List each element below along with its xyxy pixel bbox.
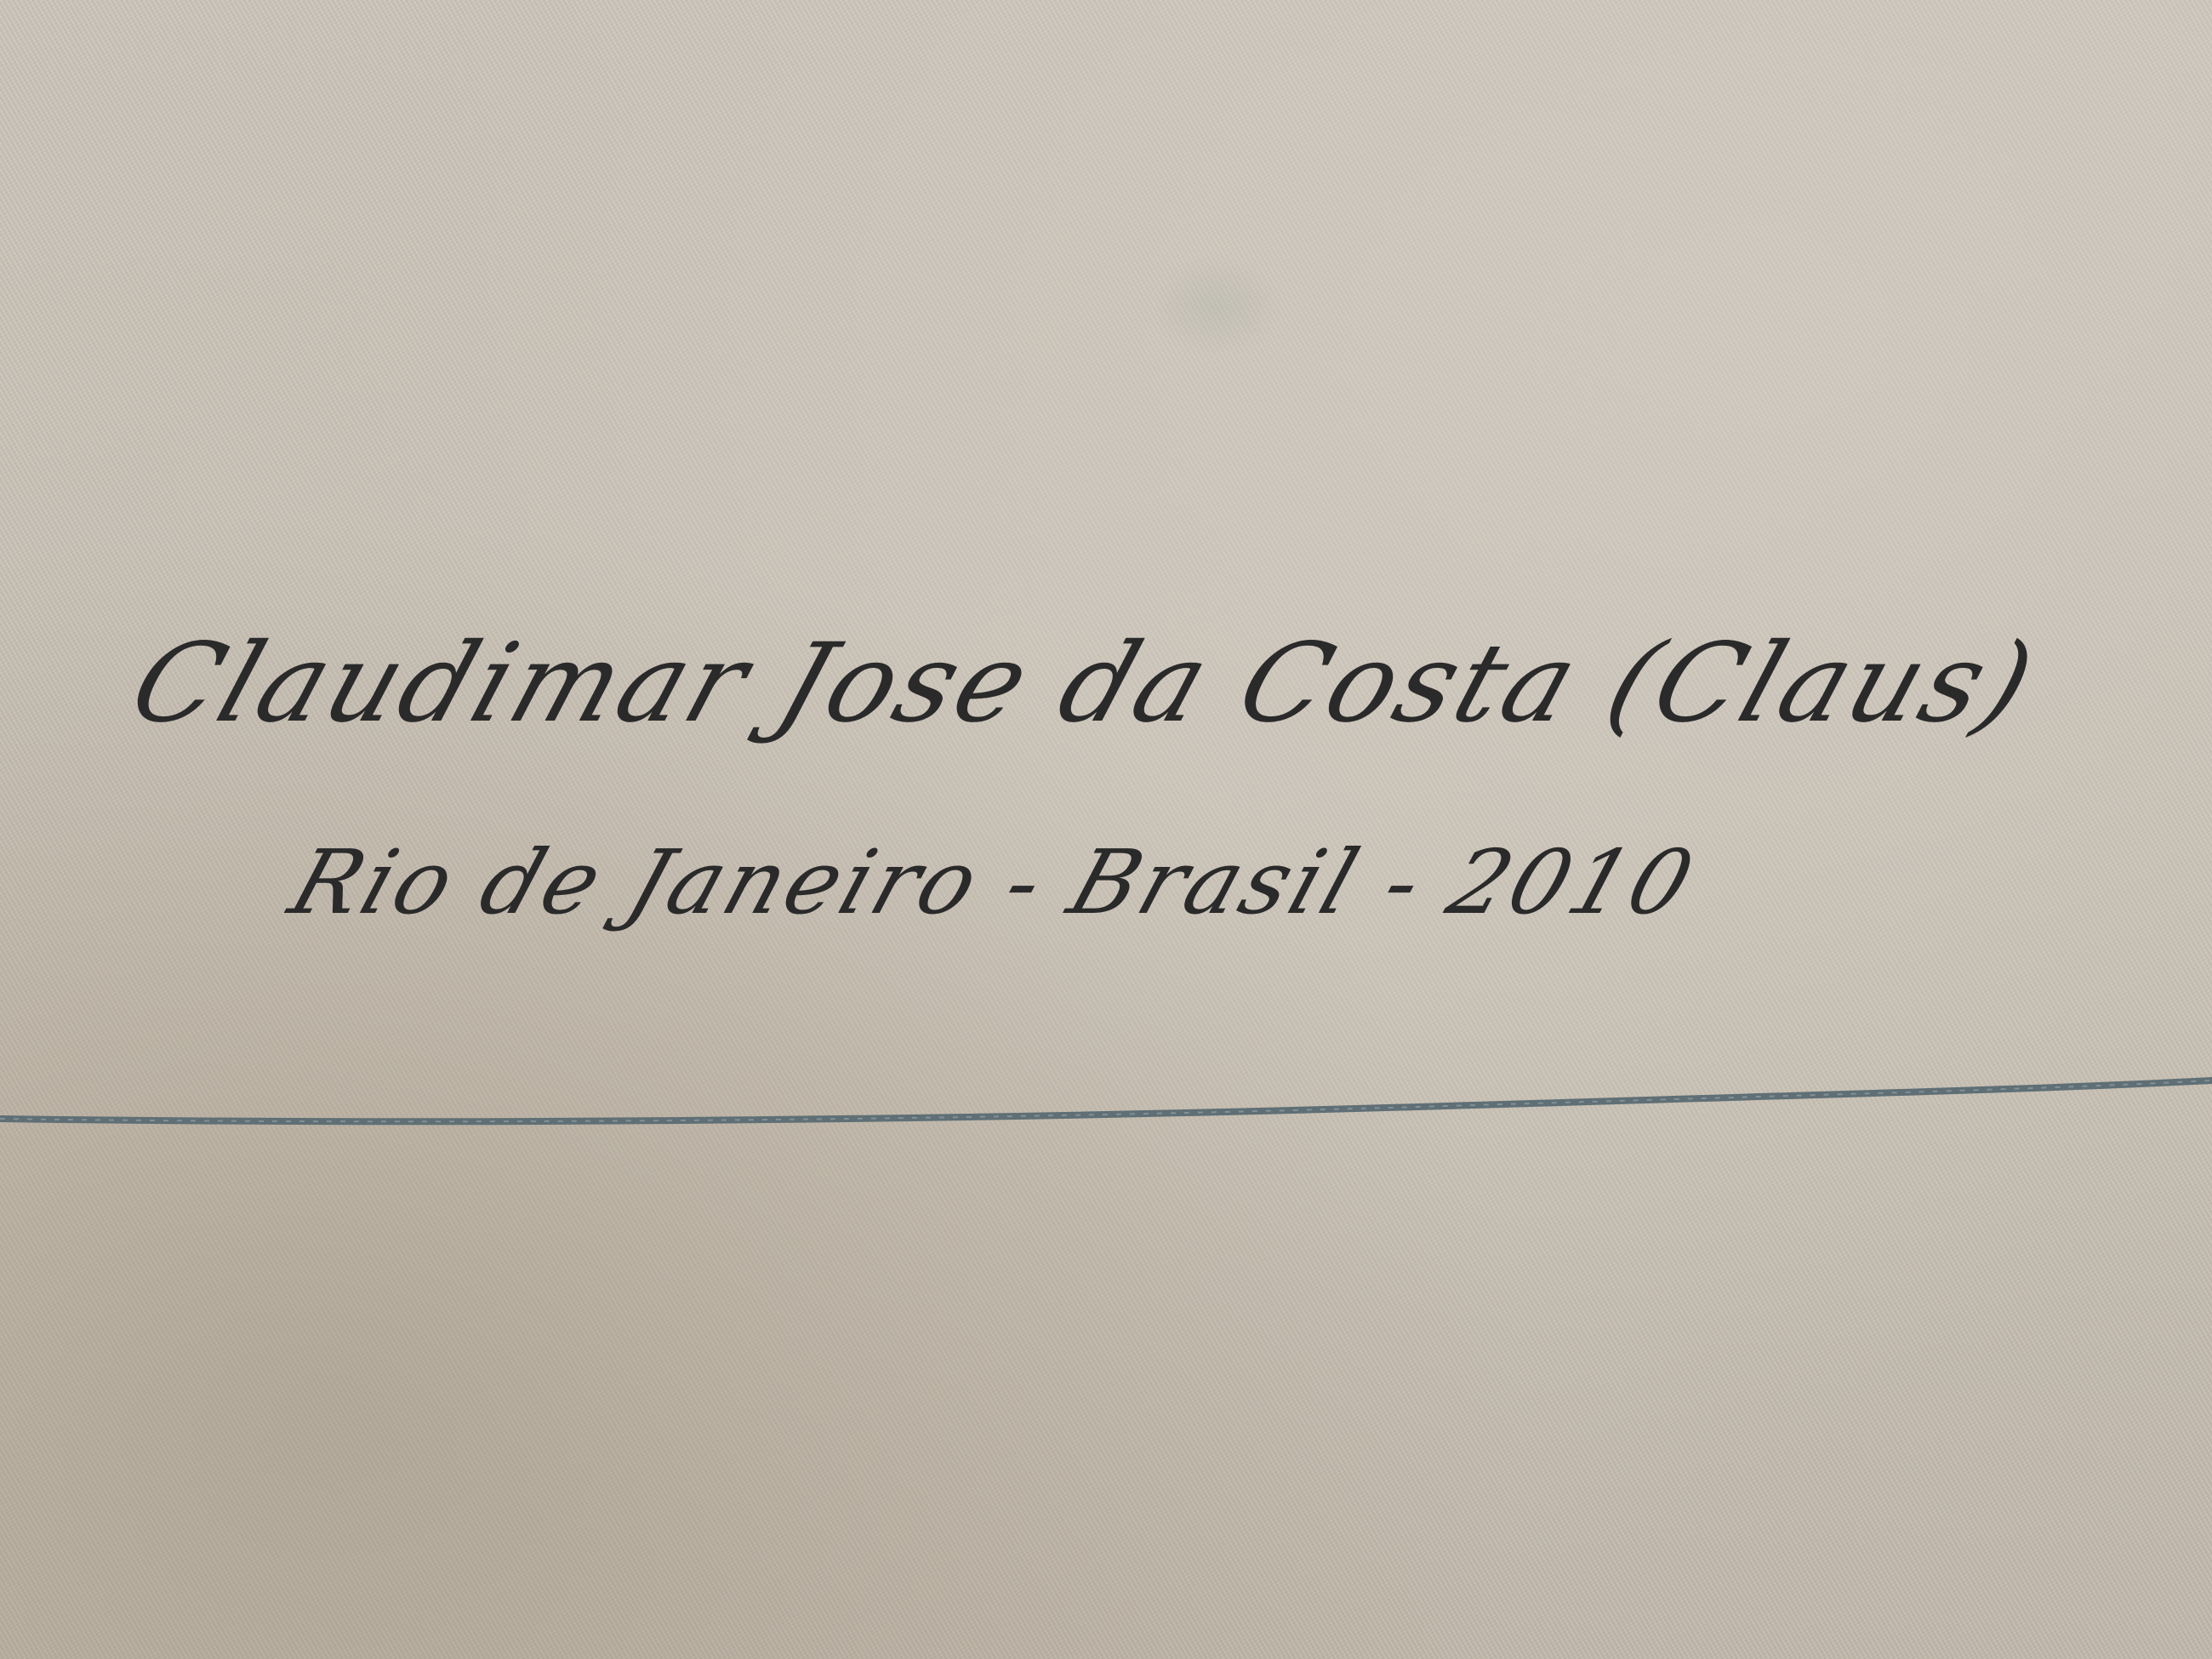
canvas-stain: [1149, 255, 1285, 357]
canvas-back-surface: [0, 0, 2212, 1659]
location-date-inscription: Rio de Janeiro - Brasil - 2010: [281, 838, 1706, 926]
artist-name-inscription: Claudimar Jose da Costa (Claus): [119, 630, 2048, 738]
hanging-wire: [0, 1046, 2212, 1149]
